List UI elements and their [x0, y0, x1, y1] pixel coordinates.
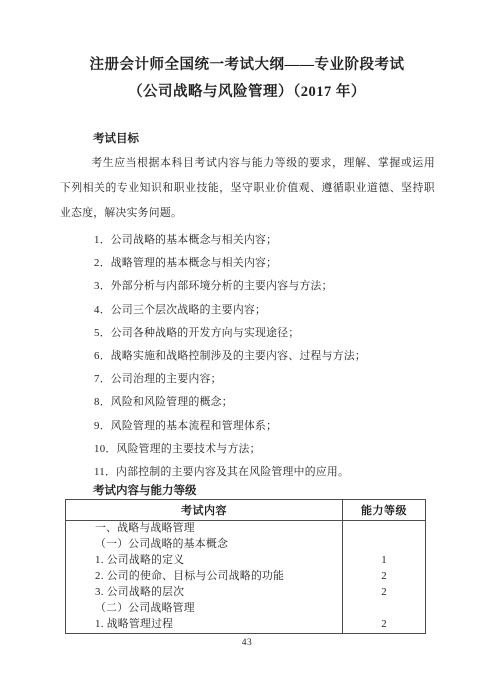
objective-item: 8．风险和风险管理的概念； — [94, 391, 494, 414]
table-row: 1. 公司战略的定义 1 — [66, 553, 426, 569]
table-header-row: 考试内容 能力等级 — [66, 500, 426, 521]
objective-item: 7．公司治理的主要内容； — [94, 368, 494, 391]
content-and-level-heading: 考试内容与能力等级 — [93, 484, 494, 499]
document-title-line1: 注册会计师全国统一考试大纲——专业阶段考试 — [0, 52, 494, 79]
exam-content-cell: （二）公司战略管理 — [66, 601, 343, 617]
objective-item: 6．战略实施和战略控制涉及的主要内容、过程与方法； — [94, 345, 494, 368]
column-header-ability-level: 能力等级 — [343, 500, 426, 521]
document-title: 注册会计师全国统一考试大纲——专业阶段考试 （公司战略与风险管理）（2017 年… — [0, 0, 494, 106]
ability-level-cell: 2 — [343, 617, 426, 633]
ability-level-cell: 1 — [343, 553, 426, 569]
ability-level-cell: 2 — [343, 585, 426, 601]
exam-content-cell: （一）公司战略的基本概念 — [66, 537, 343, 553]
exam-content-cell: 2. 公司的使命、目标与公司战略的功能 — [66, 569, 343, 585]
document-title-line2: （公司战略与风险管理）（2017 年） — [0, 79, 494, 106]
objective-item: 2．战略管理的基本概念与相关内容； — [94, 252, 494, 275]
table-row: （二）公司战略管理 — [66, 601, 426, 617]
page-number: 43 — [0, 638, 494, 648]
table-row: 1. 战略管理过程 2 — [66, 617, 426, 633]
exam-content-cell: 1. 战略管理过程 — [66, 617, 343, 633]
objective-item: 10．风险管理的主要技术与方法； — [94, 438, 494, 461]
objective-item: 4．公司三个层次战略的主要内容； — [94, 299, 494, 322]
exam-content-cell: 一、战略与战略管理 — [66, 521, 343, 537]
column-header-exam-content: 考试内容 — [66, 500, 343, 521]
table-row: 2. 公司的使命、目标与公司战略的功能 2 — [66, 569, 426, 585]
exam-content-cell: 3. 公司战略的层次 — [66, 585, 343, 601]
ability-level-cell — [343, 601, 426, 617]
objective-item: 5．公司各种战略的开发方向与实现途径； — [94, 322, 494, 345]
syllabus-table: 考试内容 能力等级 一、战略与战略管理 （一）公司战略的基本概念 1. 公司战略… — [65, 499, 426, 633]
ability-level-cell — [343, 537, 426, 553]
objective-item: 11．内部控制的主要内容及其在风险管理中的应用。 — [94, 461, 494, 484]
exam-objectives-list: 1．公司战略的基本概念与相关内容； 2．战略管理的基本概念与相关内容； 3．外部… — [94, 229, 494, 484]
exam-objectives-heading: 考试目标 — [93, 132, 494, 147]
ability-level-cell — [343, 521, 426, 537]
objective-item: 9．风险管理的基本流程和管理体系； — [94, 415, 494, 438]
exam-objectives-intro: 考生应当根据本科目考试内容与能力等级的要求，理解、掌握或运用下列相关的专业知识和… — [60, 151, 435, 226]
ability-level-cell: 2 — [343, 569, 426, 585]
table-row: 一、战略与战略管理 — [66, 521, 426, 537]
table-row: （一）公司战略的基本概念 — [66, 537, 426, 553]
exam-content-cell: 1. 公司战略的定义 — [66, 553, 343, 569]
table-row: 3. 公司战略的层次 2 — [66, 585, 426, 601]
objective-item: 3．外部分析与内部环境分析的主要内容与方法； — [94, 275, 494, 298]
document-page: 注册会计师全国统一考试大纲——专业阶段考试 （公司战略与风险管理）（2017 年… — [0, 0, 494, 700]
objective-item: 1．公司战略的基本概念与相关内容； — [94, 229, 494, 252]
